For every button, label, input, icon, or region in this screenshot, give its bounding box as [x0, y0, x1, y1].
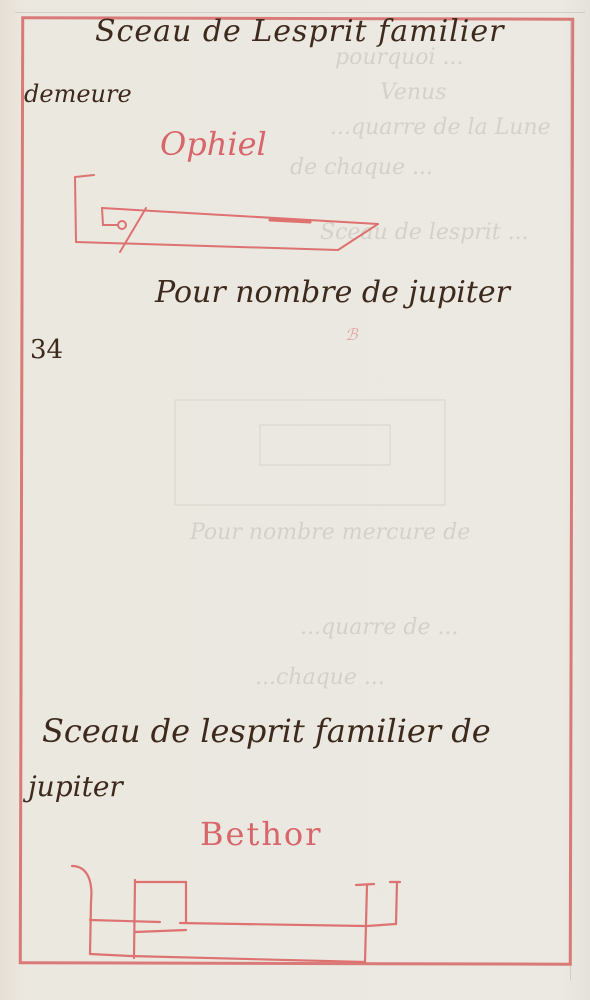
caption-nombre-jupiter: Pour nombre de jupiter	[155, 275, 510, 310]
seal-heading-ophiel: Sceau de Lesprit familier	[95, 14, 504, 49]
subheading-demeure: demeure	[24, 80, 132, 108]
spirit-name-ophiel: Ophiel	[160, 125, 267, 163]
pencil-rule-top	[15, 12, 585, 13]
spirit-name-bethor: Bethor	[200, 815, 322, 853]
red-mark: ℬ	[345, 325, 358, 344]
seal-heading-bethor-line1: Sceau de lesprit familier de	[42, 712, 491, 750]
manuscript-page: pourquoi ... Venus ...quarre de la Lune …	[0, 0, 590, 1000]
folio-number: 34	[30, 335, 63, 365]
ophiel-seal-icon	[60, 170, 390, 250]
seal-heading-bethor-line2: jupiter	[28, 770, 123, 803]
bethor-seal-icon	[60, 860, 420, 960]
